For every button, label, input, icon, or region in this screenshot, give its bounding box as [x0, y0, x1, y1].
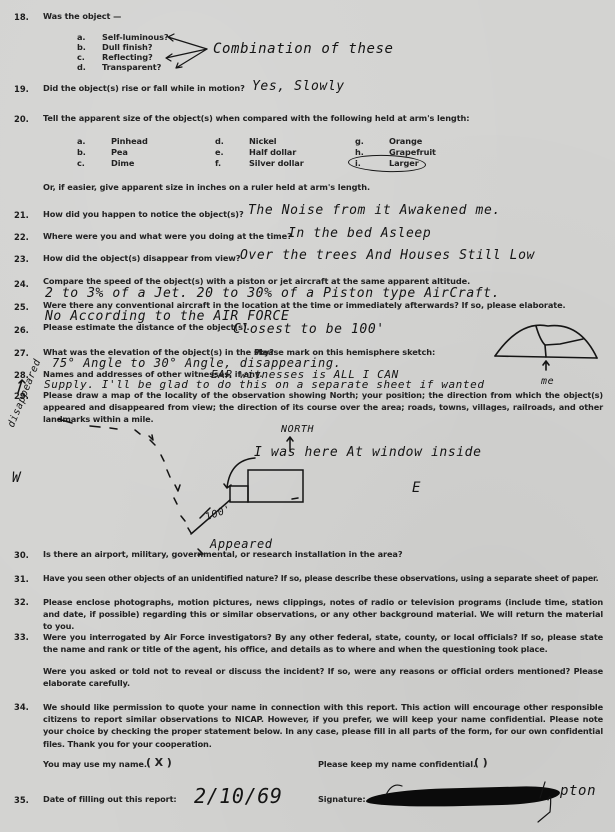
signature-fragment: pton — [560, 783, 596, 799]
report-page: 18. Was the object — a.Self-luminous? b.… — [0, 0, 615, 832]
signature-flourish-icon — [0, 0, 615, 832]
